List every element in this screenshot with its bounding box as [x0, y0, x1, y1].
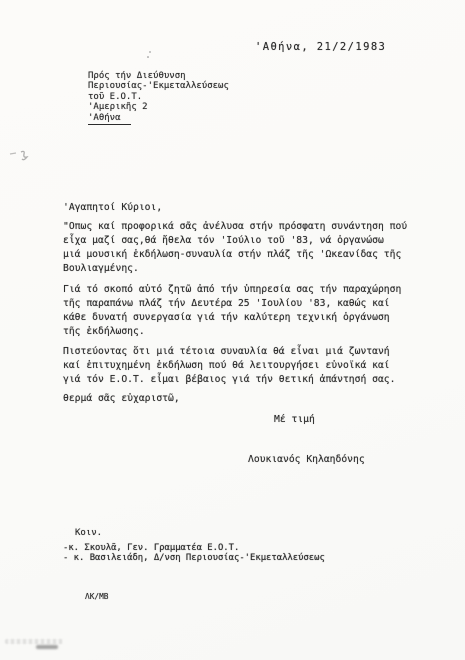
ink-speck	[149, 51, 151, 53]
ink-speck	[147, 56, 149, 58]
body-line: Γιά τό σκοπό αὐτό ζητῶ ἀπό τήν ὑπηρεσία …	[63, 283, 401, 297]
body-paragraph: Γιά τό σκοπό αὐτό ζητῶ ἀπό τήν ὑπηρεσία …	[63, 283, 401, 339]
body-line: Βουλιαγμένης.	[63, 262, 407, 276]
body-line: τῆς παραπάνω πλάζ τήν Δευτέρα 25 'Ιουλίο…	[63, 297, 401, 311]
address-line: τοῦ Ε.Ο.Τ.	[88, 92, 229, 102]
letter-date: 'Αθήνα, 21/2/1983	[255, 41, 386, 53]
recipient-address: Πρός τήν Διεύθυνση Περιουσίας-'Εκμεταλλε…	[88, 71, 229, 112]
cc-recipient: -κ. Σκουλᾶ, Γεν. Γραμματέα Ε.Ο.Τ.	[63, 543, 325, 553]
body-line: κάθε δυνατή συνεργασία γιά τήν καλύτερη …	[63, 311, 401, 325]
address-city-underlined: 'Αθήνα	[88, 113, 131, 125]
body-line: καί ἐπιτυχημένη ἐκδήλωση πού θά λειτουργ…	[63, 359, 395, 373]
address-line: Πρός τήν Διεύθυνση	[88, 71, 229, 81]
cc-label: Κοιν.	[75, 527, 102, 540]
address-line: Περιουσίας-'Εκμεταλλεύσεως	[88, 81, 229, 91]
ink-smudge	[36, 645, 58, 649]
closing-valediction: Μέ τιμή	[274, 413, 315, 427]
pencil-mark	[8, 146, 38, 166]
faint-pencil-scribble	[5, 639, 63, 644]
thanks-line: θερμά σᾶς εὐχαριστῶ,	[63, 392, 180, 406]
body-line: "Οπως καί προφορικά σᾶς ἀνέλυσα στήν πρό…	[63, 220, 407, 234]
body-line: γιά τόν Ε.Ο.Τ. εἶμαι βέβαιος γιά τήν θετ…	[63, 373, 395, 387]
signature-name: Λουκιανός Κηλαηδόνης	[248, 453, 365, 467]
body-paragraph: "Οπως καί προφορικά σᾶς ἀνέλυσα στήν πρό…	[63, 220, 407, 276]
body-line: τῆς ἐκδήλωσης.	[63, 325, 401, 339]
body-paragraph: Πιστεύοντας ὅτι μιά τέτοια συναυλία θά ε…	[63, 345, 395, 387]
address-line: 'Αμερικῆς 2	[88, 102, 229, 112]
typist-initials: ΛΚ/ΜΒ	[85, 592, 108, 602]
cc-list: -κ. Σκουλᾶ, Γεν. Γραμματέα Ε.Ο.Τ. - κ. Β…	[63, 543, 325, 564]
body-line: μιά μουσική ἐκδήλωση-συναυλία στήν πλάζ …	[63, 248, 407, 262]
salutation: 'Αγαπητοί Κύριοι,	[63, 201, 162, 215]
cc-recipient: - κ. Βασιλειάδη, Δ/νση Περιουσίας-'Εκμετ…	[63, 553, 325, 563]
body-line: εἶχα μαζί σας,θά ἤθελα τόν 'Ιούλιο τοῦ '…	[63, 234, 407, 248]
letter-page: 'Αθήνα, 21/2/1983 Πρός τήν Διεύθυνση Περ…	[0, 0, 465, 660]
body-line: Πιστεύοντας ὅτι μιά τέτοια συναυλία θά ε…	[63, 345, 395, 359]
